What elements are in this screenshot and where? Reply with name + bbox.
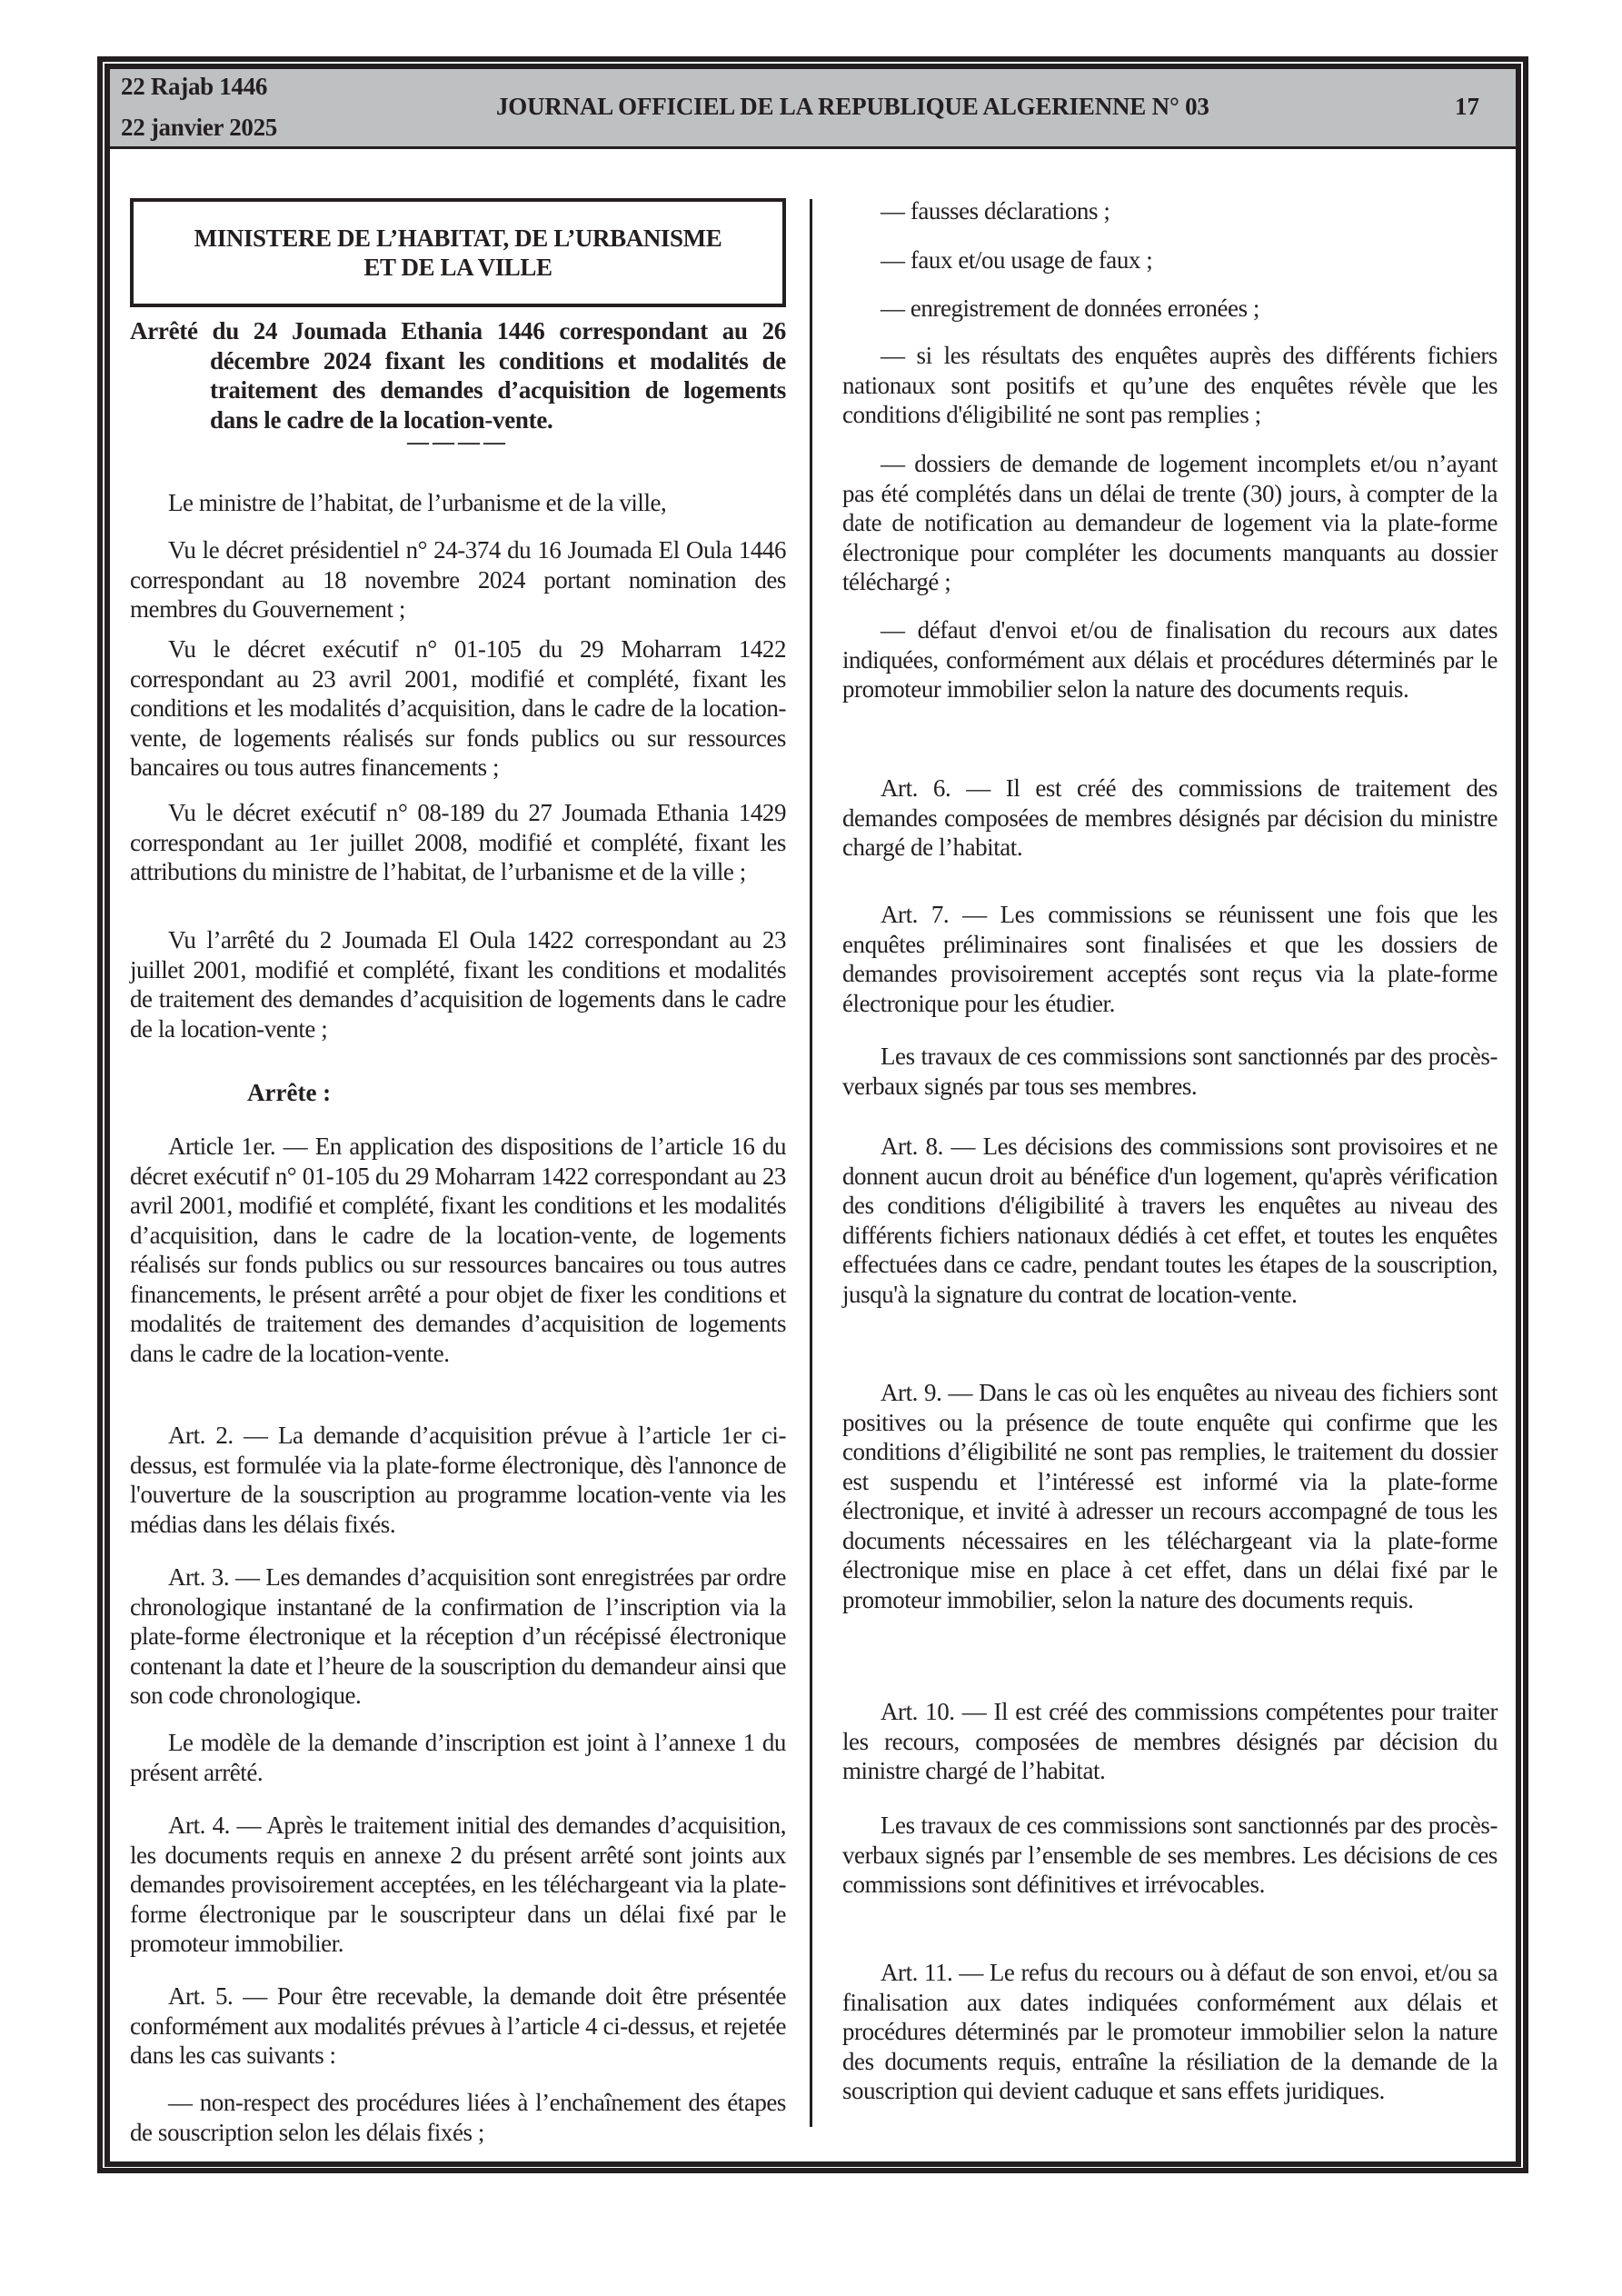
preamble-paragraph: Vu l’arrêté du 2 Joumada El Oula 1422 co… (130, 925, 786, 1043)
title-separator: ———— (130, 431, 786, 455)
article-10-minutes-note: Les travaux de ces commissions sont sanc… (842, 1811, 1498, 1900)
article-2: Art. 2. — La demande d’acquisition prévu… (130, 1421, 786, 1539)
article-1: Article 1er. — En application des dispos… (130, 1132, 786, 1368)
rejection-case-item: — dossiers de demande de logement incomp… (842, 449, 1498, 597)
article-10: Art. 10. — Il est créé des commissions c… (842, 1697, 1498, 1786)
rejection-case-item: — si les résultats des enquêtes auprès d… (842, 341, 1498, 430)
journal-title: JOURNAL OFFICIEL DE LA REPUBLIQUE ALGERI… (496, 93, 1209, 121)
article-9: Art. 9. — Dans le cas où les enquêtes au… (842, 1378, 1498, 1614)
journal-header: 22 Rajab 1446 22 janvier 2025 JOURNAL OF… (110, 69, 1516, 149)
article-5: Art. 5. — Pour être recevable, la demand… (130, 1982, 786, 2071)
article-4: Art. 4. — Après le traitement initial de… (130, 1811, 786, 1959)
rejection-case-item: — défaut d'envoi et/ou de finalisation d… (842, 615, 1498, 704)
preamble-paragraph: Vu le décret exécutif n° 08-189 du 27 Jo… (130, 798, 786, 887)
article-3: Art. 3. — Les demandes d’acquisition son… (130, 1562, 786, 1711)
preamble-paragraph: Le ministre de l’habitat, de l’urbanisme… (130, 488, 786, 518)
article-7-minutes-note: Les travaux de ces commissions sont sanc… (842, 1042, 1498, 1101)
rejection-case-item: — non-respect des procédures liées à l’e… (130, 2088, 786, 2147)
rejection-case-item: — fausses déclarations ; (842, 196, 1498, 226)
gregorian-date: 22 janvier 2025 (121, 114, 277, 142)
article-6: Art. 6. — Il est créé des commissions de… (842, 774, 1498, 863)
ministry-name-line1: MINISTERE DE L’HABITAT, DE L’URBANISME (134, 224, 782, 253)
arrete-heading: Arrête : (247, 1079, 331, 1107)
preamble-paragraph: Vu le décret exécutif n° 01-105 du 29 Mo… (130, 634, 786, 783)
rejection-case-item: — enregistrement de données erronées ; (842, 294, 1498, 324)
hijri-date: 22 Rajab 1446 (121, 73, 267, 101)
ministry-heading-box: MINISTERE DE L’HABITAT, DE L’URBANISME E… (130, 198, 786, 307)
article-8: Art. 8. — Les décisions des commissions … (842, 1132, 1498, 1309)
article-3-annex-note: Le modèle de la demande d’inscription es… (130, 1728, 786, 1787)
decree-title: Arrêté du 24 Joumada Ethania 1446 corres… (130, 316, 786, 434)
page-number: 17 (1455, 93, 1479, 121)
preamble-paragraph: Vu le décret présidentiel n° 24-374 du 1… (130, 535, 786, 624)
article-11: Art. 11. — Le refus du recours ou à défa… (842, 1958, 1498, 2106)
column-divider (810, 199, 812, 2127)
article-7: Art. 7. — Les commissions se réunissent … (842, 900, 1498, 1018)
ministry-name-line2: ET DE LA VILLE (134, 253, 782, 282)
rejection-case-item: — faux et/ou usage de faux ; (842, 245, 1498, 275)
